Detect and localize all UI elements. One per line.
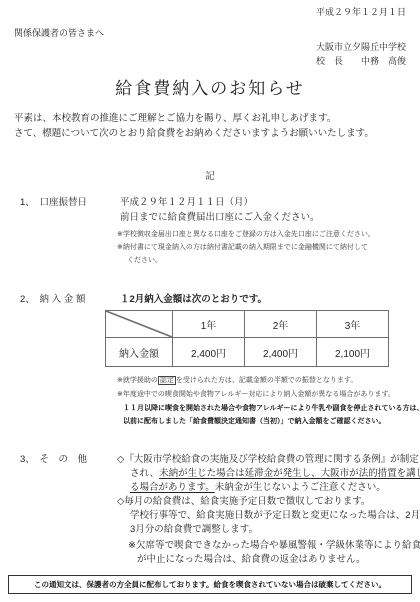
section1-note-1: ※学校徴収金届出口座と異なる口座をご登録の方は入金先口座にご注意ください。 xyxy=(117,229,375,240)
section2-note-1-pre: ※就学援助の xyxy=(117,377,158,384)
ki-marker: 記 xyxy=(0,170,420,184)
document-date: 平成２９年１２月１日 xyxy=(316,6,406,19)
fee-table-value-grade2: 2,400円 xyxy=(245,338,317,367)
section3-item1-line2-underlined: 未納が生じた場合は延滞金が発生し、大阪市が法的措置を講じ xyxy=(159,468,420,479)
section1-label: 1、 口座振替日 xyxy=(20,196,87,210)
section3-item1-line3-post: 未納金が生じないようご注意ください。 xyxy=(215,482,386,493)
section3-item2-line3: 3月分の給食費で調整します。 xyxy=(130,523,258,537)
section3-item3-line2: が中止になった場合は、給食費の返金はありません。 xyxy=(137,553,366,567)
section2-label: 2、 納 入 金 額 xyxy=(20,293,85,307)
school-name: 大阪市立夕陽丘中学校 xyxy=(316,41,406,54)
principal-name: 校 長 中務 高俊 xyxy=(316,55,406,68)
section3-item3-line1: ※欠席等で喫食できなかった場合や暴風警報・学級休業等により給食 xyxy=(128,539,420,553)
fee-table-header-grade2: 2年 xyxy=(245,311,317,338)
document-page: 平成２９年１２月１日 関係保護者の皆さまへ 大阪市立夕陽丘中学校 校 長 中務 … xyxy=(0,0,420,602)
section3-item2-line1: ◇毎月の給食費は、給食実施予定日数で徴収しております。 xyxy=(117,495,371,509)
fee-table-value-grade3: 2,100円 xyxy=(317,338,389,367)
section1-note-3: ください。 xyxy=(127,255,162,266)
section2-note-1: ※就学援助の認定を受けられた方は、記載金額の半額での振替となります。 xyxy=(117,375,357,386)
section2-intro: １2月納入金額は次のとおりです。 xyxy=(120,293,267,307)
fee-table-row-label: 納入金額 xyxy=(106,338,173,367)
fee-table-value-grade1: 2,400円 xyxy=(173,338,245,367)
greeting-line-1: 平素は、本校教育の推進にご理解とご協力を賜り、厚くお礼申しあげます。 xyxy=(14,112,336,126)
section3-item1-line2: され、未納が生じた場合は延滞金が発生し、大阪市が法的措置を講じ xyxy=(130,467,420,481)
fee-table: 1年 2年 3年 納入金額 2,400円 2,400円 2,100円 xyxy=(105,310,389,367)
diagonal-line xyxy=(106,311,172,337)
section1-note-2: ※納付書にて現金納入の方は納付書記載の納入期限までに金融機関にて納付して xyxy=(117,242,368,253)
fee-table-header-grade3: 3年 xyxy=(317,311,389,338)
greeting-line-2: さて、標題について次のとおり給食費をお納めくださいますようお願いいたします。 xyxy=(14,127,374,141)
section2-note-2: ※年度途中での喫食開始や食物アレルギー対応により納入金額が異なる場合があります。 xyxy=(117,389,395,400)
section2-note-1-post: を受けられた方は、記載金額の半額での振替となります。 xyxy=(176,377,357,384)
section1-date-line: 平成２９年１２月１１日（月） xyxy=(120,196,253,210)
section3-item1-line3-underlined: る場合があります。 xyxy=(130,482,215,493)
section3-item2-line2: 学校行事等で、給食実施日数が予定日数と変更になった場合は、2月 xyxy=(130,509,420,523)
section1-instruction: 前日までに給食費届出口座にご入金ください。 xyxy=(120,211,320,225)
section3-item1-line2-pre: され、 xyxy=(130,468,159,479)
fee-table-corner-cell xyxy=(106,311,173,338)
section2-bold-note-1: １１月以降に喫食を開始された場合や食物アレルギーにより牛乳や副食を停止されている… xyxy=(123,403,420,414)
fee-table-header-grade1: 1年 xyxy=(173,311,245,338)
section3-item1-line3: る場合があります。未納金が生じないようご注意ください。 xyxy=(130,481,386,495)
section3-label: 3、 そ の 他 xyxy=(20,453,87,467)
footer-notice-box: この通知文は、保護者の方全員に配布しております。給食を喫食されていない場合は破棄… xyxy=(8,575,412,594)
nintei-boxed-word: 認定 xyxy=(158,376,176,385)
section2-bold-note-2: 以前に配布しました「給食費額決定通知書（当初）」で納入金額をご確認ください。 xyxy=(123,416,386,427)
document-title: 給食費納入のお知らせ xyxy=(0,74,420,99)
recipient-line: 関係保護者の皆さまへ xyxy=(14,27,104,40)
section3-item1-line1: ◇『大阪市学校給食の実施及び学校給食費の管理に関する条例』が制定 xyxy=(117,453,419,467)
